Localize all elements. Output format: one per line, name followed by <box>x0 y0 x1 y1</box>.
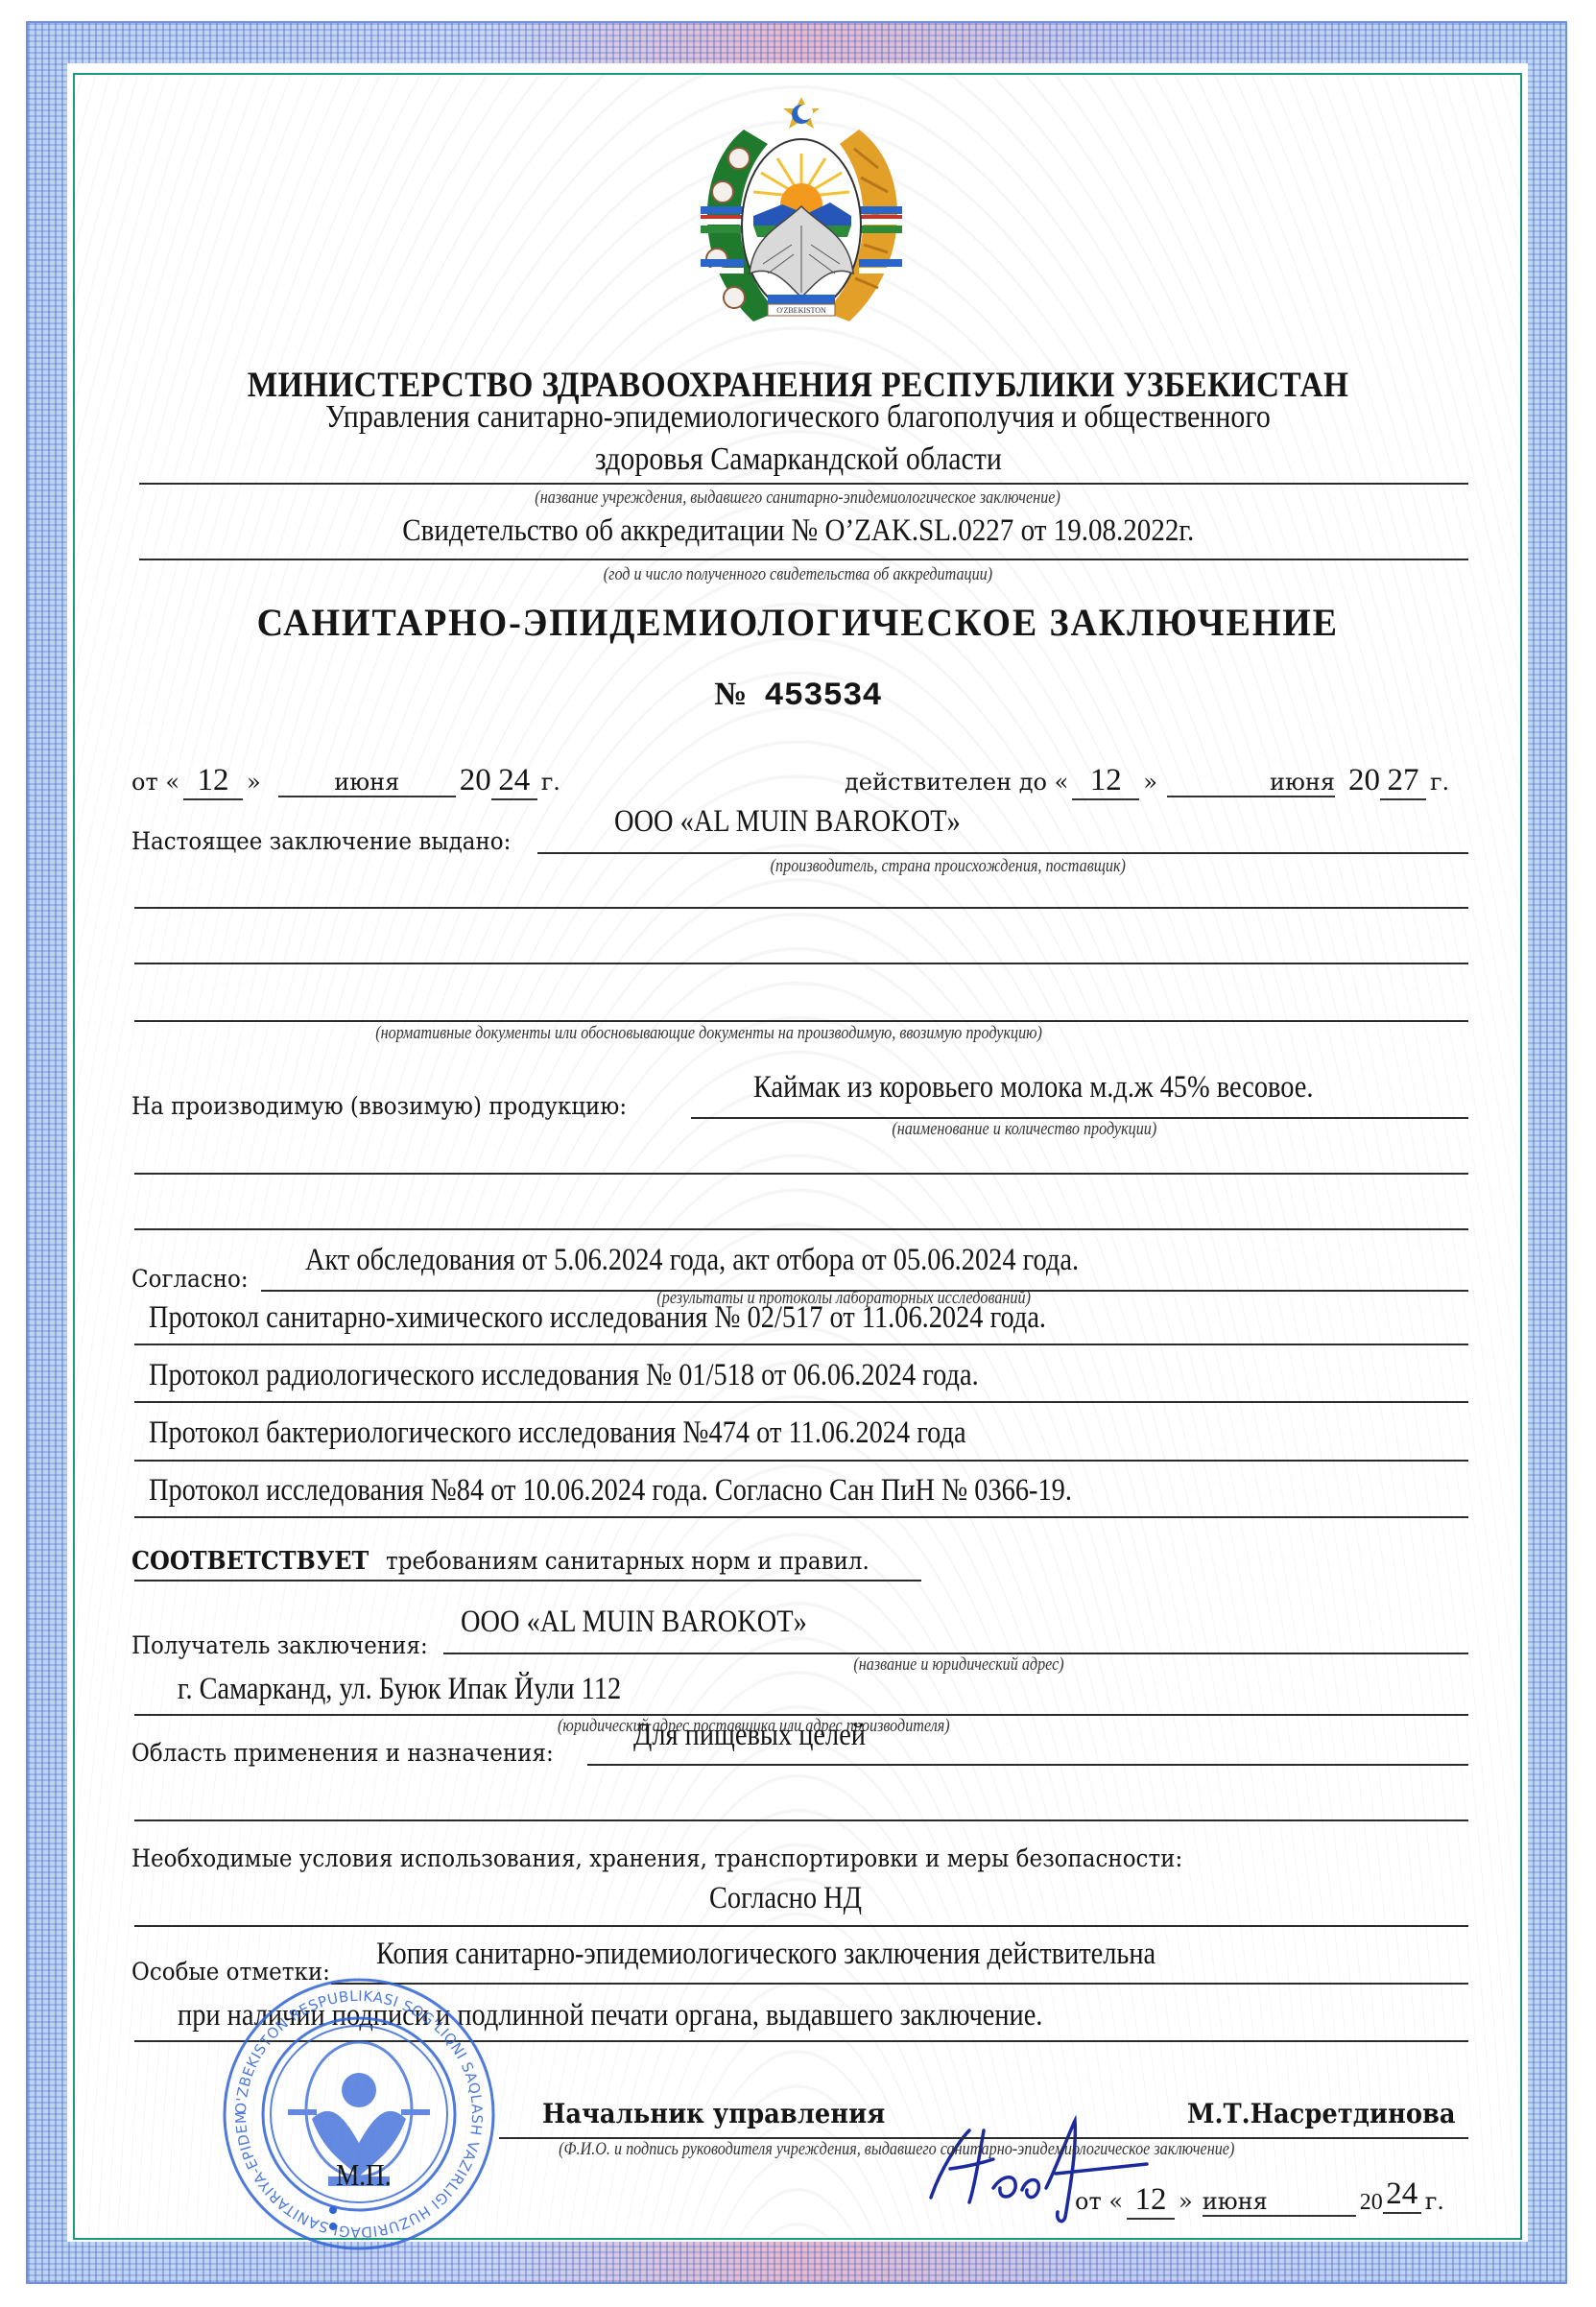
state-emblem-icon: O'ZBEKISTON <box>686 91 917 336</box>
compliance-text: требованиям санитарных норм и правил. <box>386 1547 869 1575</box>
protocol-underline-3 <box>134 1460 1468 1462</box>
recipient-address: г. Самарканд, ул. Буюк Ипак Йули 112 <box>178 1672 621 1707</box>
scope-value: Для пищевых целей <box>633 1718 866 1753</box>
according-label: Согласно: <box>131 1265 249 1293</box>
issue-year: 24 <box>491 763 537 800</box>
valid-until-date: действителен до « 12 » июня 2027 г. <box>845 763 1449 800</box>
docs-hint: (нормативные документы или обосновывающи… <box>375 1023 1042 1044</box>
title-row: САНИТАРНО-ЭПИДЕМИОЛОГИЧЕСКОЕ ЗАКЛЮЧЕНИЕ <box>0 600 1596 645</box>
scope-underline <box>587 1764 1468 1766</box>
accreditation-hint-row: (год и число полученного свидетельства о… <box>0 564 1596 585</box>
number-label: № <box>714 677 747 712</box>
accreditation-underline <box>139 559 1468 560</box>
issue-date: от « 12 » июня 2024 г. <box>131 763 560 800</box>
issued-to-value: ООО «AL MUIN BAROKOT» <box>614 804 961 840</box>
docs-line-1 <box>134 907 1468 909</box>
product-label: На производимую (ввозимую) продукцию: <box>131 1092 627 1120</box>
protocol-line-4: Протокол исследования №84 от 10.06.2024 … <box>149 1473 1072 1509</box>
recipient-value: ООО «AL MUIN BAROKOT» <box>461 1605 807 1640</box>
product-hint: (наименование и количество продукции) <box>892 1119 1156 1140</box>
department-underline <box>139 483 1468 485</box>
official-stamp-icon: O'ZBEKISTON RESPUBLIKASI SOG'LIQNI SAQLA… <box>221 1975 497 2253</box>
sign-day: 12 <box>1127 2182 1175 2220</box>
compliance-statement: СООТВЕТСТВУЕТ требованиям санитарных нор… <box>131 1547 911 1576</box>
svg-text:O'ZBEKISTON RESPUBLIKASI SOG'L: O'ZBEKISTON RESPUBLIKASI SOG'LIQNI SAQLA… <box>221 1975 486 2241</box>
protocol-underline-1 <box>134 1344 1468 1345</box>
department-hint-row: (название учреждения, выдавшего санитарн… <box>0 488 1596 509</box>
department-row-2: здоровья Самаркандской области <box>0 441 1596 478</box>
department-line-2: здоровья Самаркандской области <box>595 441 1002 478</box>
issued-to-label: Настоящее заключение выдано: <box>131 827 511 855</box>
valid-year: 27 <box>1380 763 1426 800</box>
conditions-label: Необходимые условия использования, хране… <box>131 1844 1182 1872</box>
protocol-underline-2 <box>134 1401 1468 1403</box>
special-notes-underline-1 <box>331 1983 1468 1985</box>
protocol-line-2: Протокол радиологического исследования №… <box>149 1358 979 1393</box>
issue-month: июня <box>278 769 456 797</box>
protocol-line-1: Протокол санитарно-химического исследова… <box>149 1300 1046 1336</box>
signatory-name: М.Т.Насретдинова <box>1187 2098 1456 2129</box>
svg-text:O'ZBEKISTON: O'ZBEKISTON <box>776 306 826 315</box>
compliance-bold: СООТВЕТСТВУЕТ <box>131 1547 369 1576</box>
scope-label: Область применения и назначения: <box>131 1739 554 1767</box>
signatory-position: Начальник управления <box>542 2098 885 2129</box>
special-notes-line-1: Копия санитарно-эпидемиологического закл… <box>376 1937 1155 1972</box>
issue-day: 12 <box>183 763 243 800</box>
sign-year: 24 <box>1383 2176 1421 2214</box>
product-line-2 <box>134 1173 1468 1175</box>
recipient-label: Получатель заключения: <box>131 1631 428 1659</box>
valid-month: июня <box>1167 769 1335 797</box>
sign-date: от « 12 » июня 2024 г. <box>1075 2176 1444 2220</box>
accreditation-hint: (год и число полученного свидетельства о… <box>604 564 992 585</box>
issued-to-hint: (производитель, страна происхождения, по… <box>771 856 1126 877</box>
certificate-number: 453534 <box>764 678 881 715</box>
valid-day: 12 <box>1072 763 1139 800</box>
docs-line-2 <box>134 963 1468 964</box>
recipient-hint: (название и юридический адрес) <box>853 1654 1063 1676</box>
product-value: Каймак из коровьего молока м.д.ж 45% вес… <box>753 1070 1313 1106</box>
compliance-underline <box>134 1580 921 1582</box>
number-row: № 453534 <box>0 677 1596 715</box>
conditions-value: Согласно НД <box>709 1881 862 1916</box>
accreditation-text: Свидетельство об аккредитации № O’ZAK.SL… <box>402 513 1194 549</box>
issued-to-underline <box>537 852 1468 854</box>
scope-line-2 <box>134 1819 1468 1821</box>
according-value: Акт обследования от 5.06.2024 года, акт … <box>305 1243 1079 1278</box>
signature-hint: (Ф.И.О. и подпись руководителя учреждени… <box>559 2139 1234 2160</box>
department-row-1: Управления санитарно-эпидемиологического… <box>0 399 1596 436</box>
conditions-underline <box>134 1925 1468 1927</box>
document-title: САНИТАРНО-ЭПИДЕМИОЛОГИЧЕСКОЕ ЗАКЛЮЧЕНИЕ <box>257 600 1339 645</box>
protocol-underline-4 <box>134 1516 1468 1518</box>
sign-month: июня <box>1203 2188 1356 2217</box>
protocol-line-3: Протокол бактериологического исследовани… <box>149 1415 966 1451</box>
stamp-place-label: М.П. <box>336 2157 391 2193</box>
conditions-value-row: Согласно НД <box>0 1881 1596 1916</box>
product-line-3 <box>134 1228 1468 1230</box>
department-hint: (название учреждения, выдавшего санитарн… <box>536 488 1061 509</box>
docs-line-3 <box>134 1020 1468 1022</box>
accreditation-row: Свидетельство об аккредитации № O’ZAK.SL… <box>0 513 1596 549</box>
department-line-1: Управления санитарно-эпидемиологического… <box>325 399 1271 436</box>
